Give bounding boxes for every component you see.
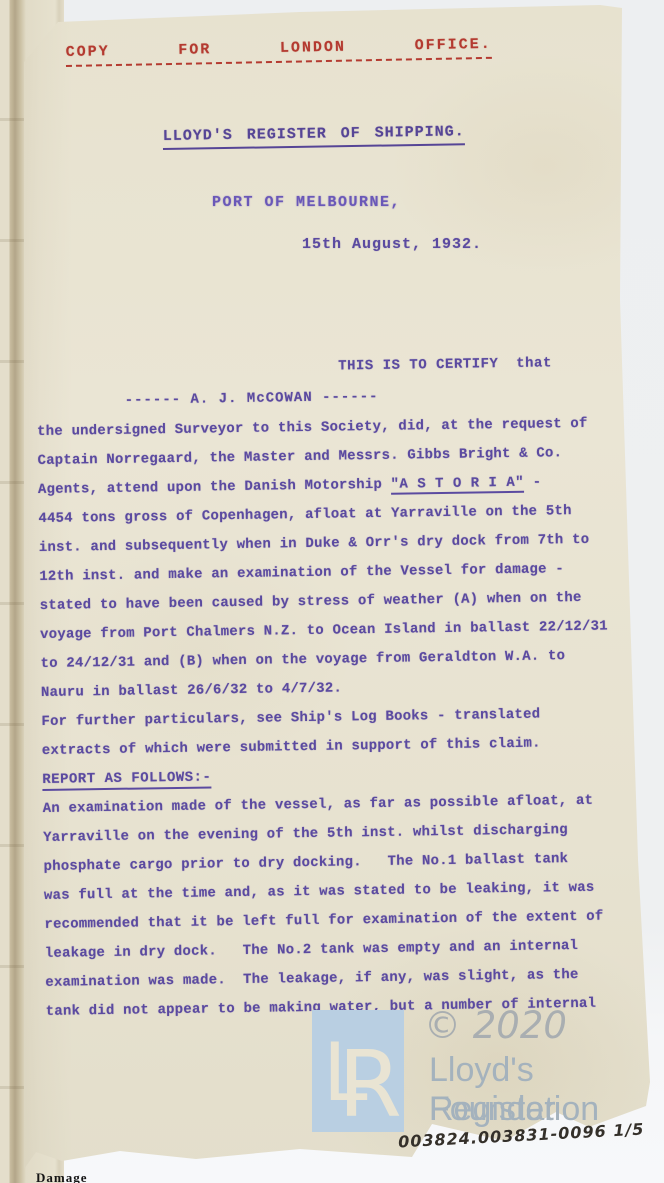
paragraph-1a: the undersigned Surveyor to this Society… <box>37 409 638 476</box>
scanned-document: COPYFORLONDONOFFICE. LLOYD'SREGISTEROFSH… <box>0 0 664 1183</box>
ship-name: "A S T O R I A" <box>390 475 524 495</box>
paragraph-1b: 4454 tons gross of Copenhagen, afloat at… <box>38 496 642 766</box>
logo-letter-r: R <box>338 1031 402 1132</box>
certify-line: THIS IS TO CERTIFY that <box>338 347 636 382</box>
damage-label: Damage <box>36 1170 88 1183</box>
title-word: REGISTER <box>247 125 327 143</box>
date-line: 15th August, 1932. <box>302 236 482 253</box>
stamp-word: OFFICE. <box>414 36 491 54</box>
stamp-word: FOR <box>178 41 211 59</box>
ship-line-prefix: Agents, attend upon the Danish Motorship <box>38 477 391 498</box>
title-word: SHIPPING. <box>375 123 465 141</box>
lr-logo-icon: L R <box>312 1010 404 1132</box>
paragraph-2: An examination made of the vessel, as fa… <box>43 786 646 1027</box>
title-word: LLOYD'S <box>163 127 233 145</box>
port-line: PORT OF MELBOURNE, <box>212 194 401 211</box>
stamp-word: COPY <box>66 43 110 61</box>
title-word: OF <box>341 125 361 142</box>
stamp-word: LONDON <box>280 39 346 57</box>
lr-logo-watermark: L R <box>312 1010 404 1132</box>
letter-body: THIS IS TO CERTIFY that ------ A. J. McC… <box>36 347 646 1027</box>
report-heading: REPORT AS FOLLOWS:- <box>42 769 211 791</box>
ship-line-suffix: - <box>524 475 541 491</box>
copyright-watermark: © 2020 <box>424 1004 567 1047</box>
